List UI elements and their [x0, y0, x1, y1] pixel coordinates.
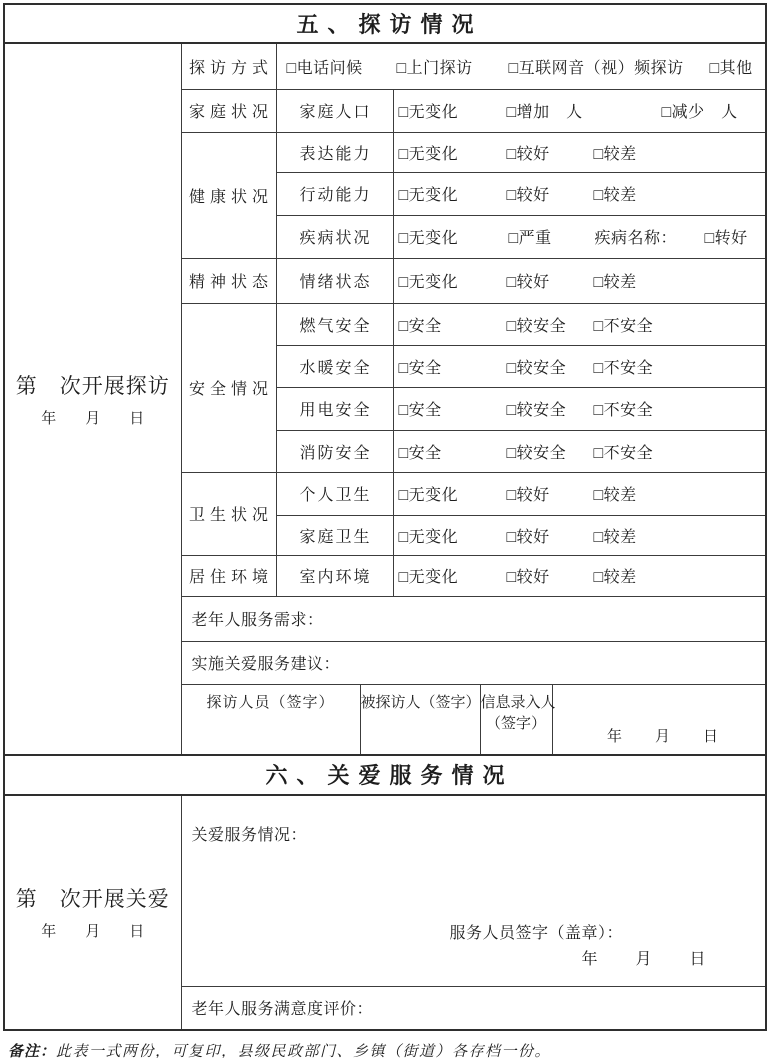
- mobility-options: □无变化□较好□较差: [393, 172, 766, 215]
- checkbox-option-nochange[interactable]: □无变化: [399, 99, 507, 122]
- express-options: □无变化□较好□较差: [393, 132, 766, 172]
- disease-name-label: 疾病名称：: [595, 225, 705, 248]
- mood-item-label: 情绪状态: [276, 258, 393, 303]
- checkbox-option-better[interactable]: □较好: [507, 482, 594, 505]
- care-counter-cell: 第 次开展关爱 年 月 日: [4, 795, 181, 1030]
- fire-options: □安全□较安全□不安全: [393, 430, 766, 472]
- checkbox-option-safe[interactable]: □安全: [399, 440, 507, 463]
- checkbox-option-safe[interactable]: □安全: [399, 313, 507, 336]
- elder-visit-form-table: 五、探访情况 第 次开展探访 年 月 日 探访方式 □电话问候□上门探访□互联网…: [3, 3, 767, 1031]
- express-item-label: 表达能力: [276, 132, 393, 172]
- mood-options: □无变化□较好□较差: [393, 258, 766, 303]
- recorder-label-line1: 信息录入人: [481, 691, 552, 712]
- checkbox-option-severe[interactable]: □严重: [509, 225, 595, 248]
- service-staff-sign-label: 服务人员签字（盖章）：: [450, 920, 624, 943]
- signature-row: 探访人员（签字） 被探访人（签字） 信息录入人 （签字） 年 月 日: [181, 684, 766, 755]
- recorder-label-line2: （签字）: [481, 712, 552, 733]
- water-item-label: 水暖安全: [276, 345, 393, 387]
- personal-hygiene-label: 个人卫生: [276, 472, 393, 515]
- visit-method-label: 探访方式: [181, 43, 276, 89]
- checkbox-option-fairly-safe[interactable]: □较安全: [507, 397, 594, 420]
- checkbox-option-nochange[interactable]: □无变化: [399, 225, 509, 248]
- footer-note-label: 备注：: [8, 1044, 56, 1058]
- checkbox-option-unsafe[interactable]: □不安全: [594, 440, 654, 463]
- checkbox-option-improved[interactable]: □转好: [705, 225, 748, 248]
- checkbox-option-worse[interactable]: □较差: [594, 182, 637, 205]
- checkbox-option-better[interactable]: □较好: [507, 524, 594, 547]
- safety-group-label: 安全情况: [181, 303, 276, 472]
- checkbox-option-door[interactable]: □上门探访: [397, 55, 509, 78]
- checkbox-option-nochange[interactable]: □无变化: [399, 269, 507, 292]
- checkbox-option-unsafe[interactable]: □不安全: [594, 313, 654, 336]
- visit-counter-text: 第 次开展探访: [5, 370, 181, 400]
- disease-item-label: 疾病状况: [276, 215, 393, 258]
- family-options: □无变化□增加 人□减少 人: [393, 89, 766, 132]
- indoor-options: □无变化□较好□较差: [393, 555, 766, 596]
- checkbox-option-other[interactable]: □其他: [710, 55, 753, 78]
- service-needs-field[interactable]: 老年人服务需求：: [181, 596, 766, 641]
- footer-note: 备注：此表一式两份，可复印，县级民政部门、乡镇（街道）各存档一份。: [8, 1040, 771, 1058]
- section5-title: 五、探访情况: [4, 4, 766, 43]
- checkbox-option-worse[interactable]: □较差: [594, 141, 637, 164]
- electric-item-label: 用电安全: [276, 387, 393, 430]
- hygiene-group-label: 卫生状况: [181, 472, 276, 555]
- checkbox-option-unsafe[interactable]: □不安全: [594, 397, 654, 420]
- checkbox-option-fairly-safe[interactable]: □较安全: [507, 440, 594, 463]
- checkbox-option-worse[interactable]: □较差: [594, 269, 637, 292]
- checkbox-option-worse[interactable]: □较差: [594, 524, 637, 547]
- gas-options: □安全□较安全□不安全: [393, 303, 766, 345]
- checkbox-option-phone[interactable]: □电话问候: [287, 55, 397, 78]
- checkbox-option-nochange[interactable]: □无变化: [399, 564, 507, 587]
- care-counter-text: 第 次开展关爱: [5, 883, 181, 913]
- checkbox-option-safe[interactable]: □安全: [399, 397, 507, 420]
- footer-note-text: 此表一式两份，可复印，县级民政部门、乡镇（街道）各存档一份。: [56, 1044, 551, 1058]
- checkbox-option-better[interactable]: □较好: [507, 141, 594, 164]
- section6-title: 六、关爱服务情况: [4, 755, 766, 795]
- visited-signature-cell[interactable]: 被探访人（签字）: [361, 685, 481, 754]
- checkbox-option-fairly-safe[interactable]: □较安全: [507, 313, 594, 336]
- mental-group-label: 精神状态: [181, 258, 276, 303]
- checkbox-option-nochange[interactable]: □无变化: [399, 482, 507, 505]
- checkbox-option-better[interactable]: □较好: [507, 269, 594, 292]
- checkbox-option-worse[interactable]: □较差: [594, 482, 637, 505]
- checkbox-option-unsafe[interactable]: □不安全: [594, 355, 654, 378]
- checkbox-option-better[interactable]: □较好: [507, 564, 594, 587]
- mobility-item-label: 行动能力: [276, 172, 393, 215]
- checkbox-option-nochange[interactable]: □无变化: [399, 182, 507, 205]
- visit-date-text: 年 月 日: [5, 407, 181, 428]
- visit-counter-cell: 第 次开展探访 年 月 日: [4, 43, 181, 755]
- disease-options: □无变化□严重疾病名称：□转好: [393, 215, 766, 258]
- gas-item-label: 燃气安全: [276, 303, 393, 345]
- health-group-label: 健康状况: [181, 132, 276, 258]
- checkbox-option-video[interactable]: □互联网音（视）频探访: [509, 55, 710, 78]
- checkbox-option-increase[interactable]: □增加 人: [507, 99, 662, 122]
- home-hygiene-label: 家庭卫生: [276, 515, 393, 555]
- home-hygiene-options: □无变化□较好□较差: [393, 515, 766, 555]
- care-service-field[interactable]: 关爱服务情况： 服务人员签字（盖章）： 年 月 日: [181, 795, 766, 987]
- care-date-text: 年 月 日: [5, 920, 181, 941]
- checkbox-option-better[interactable]: □较好: [507, 182, 594, 205]
- signature-date-cell[interactable]: 年 月 日: [553, 685, 766, 754]
- water-options: □安全□较安全□不安全: [393, 345, 766, 387]
- checkbox-option-decrease[interactable]: □减少 人: [662, 99, 738, 122]
- checkbox-option-nochange[interactable]: □无变化: [399, 524, 507, 547]
- indoor-item-label: 室内环境: [276, 555, 393, 596]
- checkbox-option-safe[interactable]: □安全: [399, 355, 507, 378]
- satisfaction-field[interactable]: 老年人服务满意度评价：: [181, 987, 766, 1030]
- checkbox-option-nochange[interactable]: □无变化: [399, 141, 507, 164]
- checkbox-option-fairly-safe[interactable]: □较安全: [507, 355, 594, 378]
- visitor-signature-cell[interactable]: 探访人员（签字）: [182, 685, 361, 754]
- fire-item-label: 消防安全: [276, 430, 393, 472]
- personal-hygiene-options: □无变化□较好□较差: [393, 472, 766, 515]
- living-group-label: 居住环境: [181, 555, 276, 596]
- care-service-label: 关爱服务情况：: [192, 822, 308, 845]
- signature-date-text: 年 月 日: [607, 725, 727, 746]
- family-group-label: 家庭状况: [181, 89, 276, 132]
- checkbox-option-worse[interactable]: □较差: [594, 564, 637, 587]
- recorder-signature-cell[interactable]: 信息录入人 （签字）: [481, 685, 553, 754]
- visit-method-options: □电话问候□上门探访□互联网音（视）频探访□其他: [276, 43, 766, 89]
- electric-options: □安全□较安全□不安全: [393, 387, 766, 430]
- family-item-label: 家庭人口: [276, 89, 393, 132]
- service-sign-date-text: 年 月 日: [582, 946, 708, 969]
- care-advice-field[interactable]: 实施关爱服务建议：: [181, 641, 766, 684]
